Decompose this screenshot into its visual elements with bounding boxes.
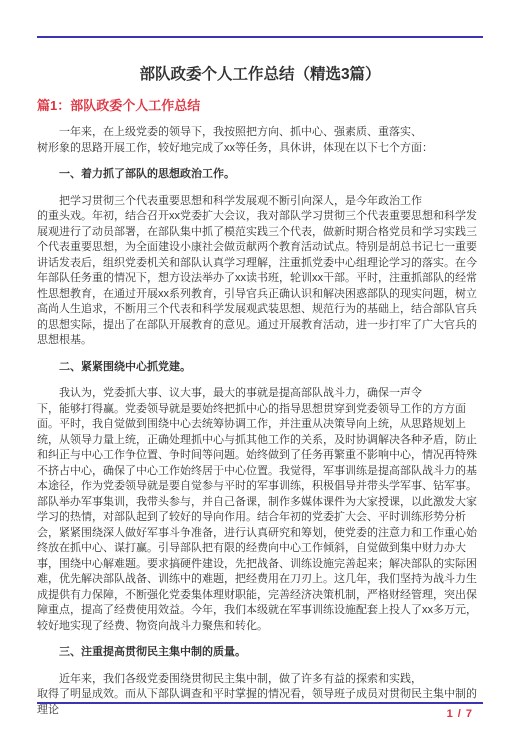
top-rule: [37, 36, 483, 38]
paragraph: 近年来，我们各级党委围绕贯彻民主集中制，做了许多有益的探索和实践，取得了明显成效…: [37, 672, 483, 719]
article-heading: 篇1：部队政委个人工作总结: [37, 97, 483, 114]
section-heading: 一、着力抓了部队的思想政治工作。: [37, 167, 483, 183]
document-title: 部队政委个人工作总结（精选3篇）: [37, 65, 483, 85]
article-blocks: 一年来，在上级党委的领导下，我按照把方向、抓中心、强素质、重落实、树形象的思路开…: [37, 125, 483, 718]
paragraph: 把学习贯彻三个代表重要思想和科学发展观不断引向深人，是今年政治工作的重头戏。年初…: [37, 194, 483, 349]
bottom-rule: [37, 702, 483, 704]
document-page: { "page": { "title": "部队政委个人工作总结（精选3篇）",…: [0, 0, 520, 735]
paragraph: 我认为，党委抓大事、议大事，最大的事就是提高部队战斗力，确保一声令下，能够打得赢…: [37, 386, 483, 634]
page-content: 部队政委个人工作总结（精选3篇） 篇1：部队政委个人工作总结 一年来，在上级党委…: [37, 0, 483, 729]
page-number: 1 / 7: [447, 708, 473, 720]
paragraph: 一年来，在上级党委的领导下，我按照把方向、抓中心、强素质、重落实、树形象的思路开…: [37, 125, 483, 156]
section-heading: 三、注重提高贯彻民主集中制的质量。: [37, 645, 483, 661]
section-heading: 二、紧紧围绕中心抓党建。: [37, 360, 483, 376]
